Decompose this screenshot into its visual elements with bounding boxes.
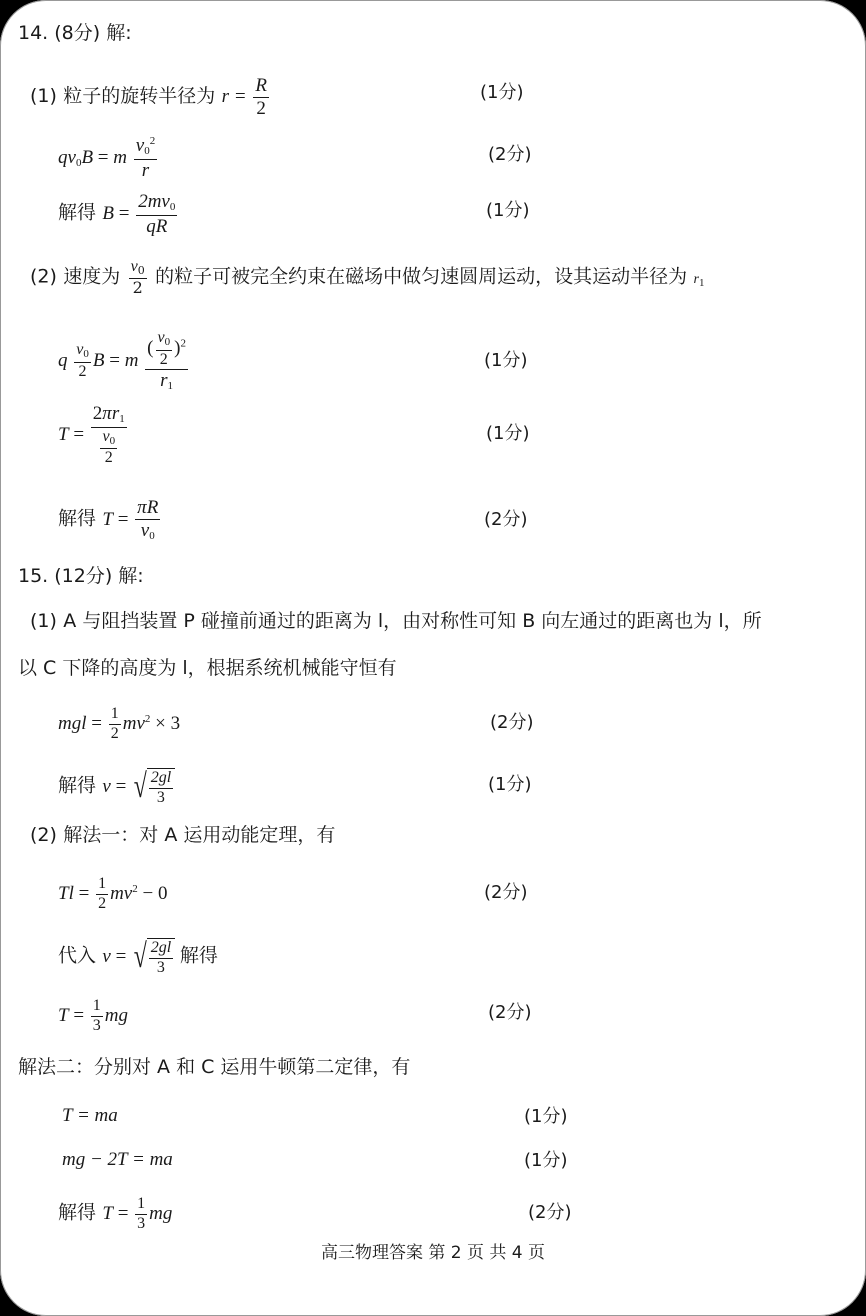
q14-part2-line: (2) 速度为 v02 的粒子可被完全约束在磁场中做匀速圆周运动，设其运动半径为… — [30, 258, 704, 296]
score: (1分) — [480, 78, 524, 104]
q15-substitution: 代入 v = √2gl3 解得 — [58, 938, 218, 977]
q15-part2-line: (2) 解法一：对 A 运用动能定理，有 — [30, 822, 335, 847]
score: (1分) — [488, 770, 532, 796]
q14-eq-period: T = 2πr1v02 — [58, 404, 129, 467]
score: (1分) — [484, 346, 528, 372]
q15-eq-T1: T = 13mg — [58, 998, 128, 1035]
q15-part1-line2: 以 C 下降的高度为 l，根据系统机械能守恒有 — [18, 655, 397, 680]
q14-eq-constrained: q v02B = m (v02)2r1 — [58, 330, 190, 393]
page-footer: 高三物理答案 第 2 页 共 4 页 — [0, 1238, 866, 1263]
question-14-header: 14. (8分) 解: — [18, 20, 132, 45]
q14-eq-T-result: 解得 T = πRv0 — [58, 498, 162, 542]
q15-eq-T2: 解得 T = 13mg — [58, 1196, 172, 1233]
score: (2分) — [488, 140, 532, 166]
question-15-header: 15. (12分) 解: — [18, 563, 144, 588]
q14-part1-line: (1) 粒子的旋转半径为 r = R2 — [30, 76, 271, 119]
score: (1分) — [524, 1102, 568, 1128]
score: (2分) — [484, 505, 528, 531]
score: (2分) — [484, 878, 528, 904]
q15-eq-newton-C: mg − 2T = ma — [62, 1146, 173, 1172]
q15-part1-line1: (1) A 与阻挡装置 P 碰撞前通过的距离为 l，由对称性可知 B 向左通过的… — [30, 608, 762, 633]
score: (2分) — [528, 1198, 572, 1224]
score: (1分) — [524, 1146, 568, 1172]
q15-eq-newton-A: T = ma — [62, 1102, 118, 1128]
q15-eq-v: 解得 v = √2gl3 — [58, 768, 175, 807]
answer-key-page: 14. (8分) 解: (1) 粒子的旋转半径为 r = R2 (1分) qv0… — [0, 0, 866, 1316]
q15-method2-line: 解法二：分别对 A 和 C 运用牛顿第二定律，有 — [18, 1054, 410, 1079]
q14-eq-B: 解得 B = 2mv0qR — [58, 192, 179, 236]
q15-eq-work-energy: Tl = 12mv2 − 0 — [58, 876, 167, 913]
score: (1分) — [486, 196, 530, 222]
q15-eq-energy: mgl = 12mv2 × 3 — [58, 706, 180, 743]
score: (2分) — [488, 998, 532, 1024]
score: (2分) — [490, 708, 534, 734]
score: (1分) — [486, 419, 530, 445]
q14-eq-lorentz: qv0B = m v02r — [58, 136, 159, 180]
